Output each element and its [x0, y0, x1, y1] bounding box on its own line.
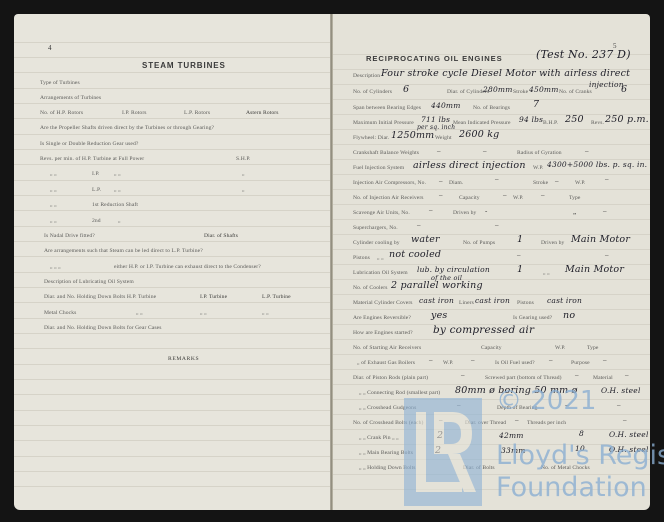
revs-label: Revs.: [591, 120, 604, 126]
gearing-label: Is Gearing used?: [513, 315, 552, 321]
ditto-mark: „ „: [50, 187, 57, 193]
description-value: Four stroke cycle Diesel Motor with airl…: [381, 68, 630, 79]
pistons-value: not cooled: [389, 249, 441, 260]
threads-label: Threads per inch: [527, 420, 566, 426]
bearings-label: No. of Bearings: [473, 105, 510, 111]
stroke2-label: Stroke: [533, 180, 548, 186]
material-label: Material Cylinder Covers: [353, 300, 413, 306]
capacity-label-2: Capacity: [481, 345, 502, 351]
inj-comp-label: Injection Air Compressors, No.: [353, 180, 426, 186]
gearing-value: no: [563, 310, 575, 321]
field-label: Type of Turbines: [40, 80, 80, 86]
right-page-oil-engines: 5 RECIPROCATING OIL ENGINES (Test No. 23…: [333, 14, 650, 510]
stroke-value: 450mm: [529, 85, 559, 94]
cyl-cooling-label: Cylinder cooling by: [353, 240, 400, 246]
cyl-diam-value: 280mm: [483, 85, 513, 94]
field-label: S.H.P.: [236, 156, 250, 162]
field-label: Metal Chocks: [44, 310, 76, 316]
material-covers-value: cast iron: [419, 296, 454, 305]
lr-logo-icon: [404, 398, 482, 506]
ditto-mark: „: [118, 218, 121, 224]
crankpin-material: O.H. steel: [609, 430, 649, 439]
page-title: RECIPROCATING OIL ENGINES: [366, 54, 503, 63]
description-value-2: injection: [589, 80, 624, 89]
ditto-mark: „ „: [136, 310, 143, 316]
piston-rods-label: Diar. of Piston Rods (plain part): [353, 375, 428, 381]
span-label: Span between Bearing Edges: [353, 105, 421, 111]
ditto-mark: „ „: [114, 171, 121, 177]
cyl-cooling-value: water: [411, 234, 440, 245]
lub-label: Lubrication Oil System: [353, 270, 408, 276]
inj-recv-label: No. of Injection Air Receivers: [353, 195, 424, 201]
revs-value: 250 p.m.: [605, 114, 649, 125]
cylinders-value: 6: [403, 84, 409, 95]
reversible-label: Are Engines Reversible?: [353, 315, 411, 321]
field-label: Description of Lubricating Oil System: [44, 279, 134, 285]
ditto-mark: „: [242, 187, 245, 193]
coolers-label: No. of Coolers: [353, 285, 388, 291]
bhp-value: 250: [565, 114, 584, 125]
weight-label: Weight: [435, 135, 452, 141]
pistons2-label: Pistons: [517, 300, 534, 306]
bhp-label: B.H.P.: [543, 120, 558, 126]
crankpin-threads: 8: [579, 429, 584, 438]
stroke-label: Stroke: [513, 89, 528, 95]
pistons-label: Pistons: [353, 255, 370, 261]
started-value: by compressed air: [433, 324, 534, 336]
pistons2-value: cast iron: [547, 296, 582, 305]
diam-label: Diam.: [449, 180, 463, 186]
fuel-wp-label: W.P.: [533, 165, 543, 171]
page-number: 4: [48, 44, 52, 52]
supercharger-label: Superchargers, No.: [353, 225, 398, 231]
field-label: Are arrangements such that Steam can be …: [44, 248, 203, 254]
driven-by-label-2: Driven by: [541, 240, 564, 246]
exhaust-label: „ of Exhaust Gas Boilers: [357, 360, 415, 366]
scavenge-label: Scavenge Air Units, No.: [353, 210, 410, 216]
span-value: 440mm: [431, 101, 461, 110]
remarks-label: REMARKS: [168, 356, 199, 362]
driven-by-label: Driven by: [453, 210, 476, 216]
flywheel-label: Flywheel: Diar.: [353, 135, 389, 141]
field-label: No. of H.P. Rotors: [40, 110, 83, 116]
fuel-value: airless direct injection: [413, 160, 526, 171]
wp-label: W.P.: [513, 195, 523, 201]
field-label: Are the Propeller Shafts driven direct b…: [40, 125, 214, 131]
type-label: Type: [569, 195, 581, 201]
driven-by-value: Main Motor: [571, 234, 630, 245]
ditto-mark: „ „: [114, 187, 121, 193]
field-label: Diar. and No. Holding Down Bolts H.P. Tu…: [44, 294, 156, 300]
weight-value: 2600 kg: [459, 129, 499, 140]
left-page-steam-turbines: 4 STEAM TURBINES Type of Turbines Arrang…: [14, 14, 330, 510]
conrod-label: „ „ Connecting Rod (smallest part): [359, 390, 440, 396]
ditto-mark: „ „: [50, 171, 57, 177]
cranks-label: No. of Cranks: [559, 89, 592, 95]
lub-pumps-value: 1: [517, 264, 523, 275]
field-label: L.P. Rotors: [184, 110, 210, 116]
lub-driven-value: Main Motor: [565, 264, 624, 275]
coolers-value: 2 parallel working: [391, 280, 483, 291]
crankpin-diam: 42mm: [499, 431, 524, 440]
field-label: Revs. per min. of H.P. Turbine at Full P…: [40, 156, 144, 162]
test-number-annotation: (Test No. 237 D): [536, 48, 631, 61]
flywheel-value: 1250mm: [391, 130, 434, 141]
field-label: Diar. of Shafts: [204, 233, 238, 239]
ditto-mark: „ „: [50, 202, 57, 208]
cylinders-label: No. of Cylinders: [353, 89, 392, 95]
max-pressure-label: Maximum Initial Pressure: [353, 120, 414, 126]
ditto-mark: „ „: [200, 310, 207, 316]
capacity-label: Capacity: [459, 195, 480, 201]
bearings-value: 7: [533, 99, 539, 110]
type-label-2: Type: [587, 345, 599, 351]
screwed-label: Screwed part (bottom of Thread): [485, 375, 562, 381]
wp-label-3: W.P.: [443, 360, 453, 366]
description-label: Description: [353, 73, 380, 79]
page-title: STEAM TURBINES: [142, 61, 226, 70]
mean-pressure-value: 94 lbs: [519, 115, 543, 124]
cranks-value: 6: [621, 84, 627, 95]
reversible-value: yes: [431, 310, 447, 321]
field-label: 2nd: [92, 218, 101, 224]
field-label: I.P. Turbine: [200, 294, 227, 300]
ditto-mark: „ „: [262, 310, 269, 316]
field-label: Is Nadal Drive fitted?: [44, 233, 95, 239]
gyration-label: Radius of Gyration: [517, 150, 562, 156]
field-label: L.P.: [92, 187, 101, 193]
oil-fuel-label: Is Oil Fuel used?: [495, 360, 535, 366]
field-label: either H.P. or I.P. Turbine can exhaust …: [114, 264, 261, 270]
lr-logo-watermark: [404, 398, 482, 506]
ditto-mark: „ „ „: [50, 264, 61, 270]
crank-balance-label: Crankshaft Balance Weights: [353, 150, 419, 156]
material2-label: Material: [593, 375, 613, 381]
purpose-label: Purpose: [571, 360, 590, 366]
fuel-label: Fuel Injection System: [353, 165, 404, 171]
pumps-value: 1: [517, 234, 523, 245]
crankpin-label: „ „ Crank Pin „ „: [359, 435, 399, 441]
field-label: Astern Rotors: [246, 110, 279, 116]
lub-value: lub. by circulation: [417, 265, 490, 274]
field-label: L.P. Turbine: [262, 294, 291, 300]
started-label: How are Engines started?: [353, 330, 413, 336]
wp-label-2: W.P.: [555, 345, 565, 351]
field-label: I.P. Rotors: [122, 110, 147, 116]
field-label: 1st Reduction Shaft: [92, 202, 138, 208]
start-recv-label: No. of Starting Air Receivers: [353, 345, 421, 351]
ditto-mark: „ „: [50, 218, 57, 224]
conrod-material: O.H. steel: [601, 386, 641, 395]
watermark-line2: Foundation: [496, 472, 647, 503]
liners-label: Liners: [459, 300, 474, 306]
liners-value: cast iron: [475, 296, 510, 305]
pumps-label: No. of Pumps: [463, 240, 495, 246]
mean-pressure-label: Mean Indicated Pressure: [453, 120, 511, 126]
watermark-copyright: © 2021: [496, 386, 596, 416]
fuel-wp-value: 4300+5000 lbs. p. sq. in.: [547, 160, 647, 169]
field-label: Is Single or Double Reduction Gear used?: [40, 141, 138, 147]
field-label: Arrangements of Turbines: [40, 95, 101, 101]
watermark-line1: Lloyd's Register: [496, 440, 664, 471]
field-label: I.P.: [92, 171, 100, 177]
field-label: Diar. and No. Holding Down Bolts for Gea…: [44, 325, 162, 331]
max-pressure-value: 711 lbs: [421, 115, 450, 124]
ditto-mark: „: [242, 171, 245, 177]
wp-label: W.P.: [575, 180, 585, 186]
